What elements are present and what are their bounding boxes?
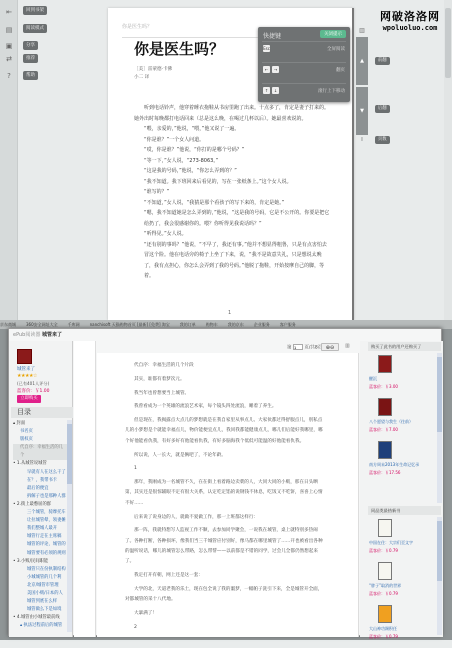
next-page-button[interactable]: ▼ xyxy=(356,87,368,135)
page-input[interactable] xyxy=(293,344,303,350)
prev-page-button[interactable]: ▲ xyxy=(356,37,368,85)
toc-item[interactable]: 城管行走在主席稿 xyxy=(13,533,67,541)
right-arrow-key-icon: → xyxy=(272,66,279,73)
paragraph: 那一阵，我就特想写人监视工作不顺，去参加同学聚会，一说我在城管，桌上就特别多热闹… xyxy=(125,526,325,567)
book-cover[interactable] xyxy=(378,355,392,373)
paragraph: 但是现在，我揭露点大点儿的梦想就是在我自家里从事点儿、大家伙都过得舒服点儿，别私… xyxy=(125,416,325,447)
shortcut-row-scroll: ↑↓ 滚行上下移动 xyxy=(262,83,346,97)
book-item[interactable]: 中国在住：大宗们至文字蓝客价：￥0.79 xyxy=(368,519,434,562)
toc-item[interactable]: 拆解子也是那种人群 xyxy=(13,493,67,501)
author: ［美］雷蒙德·卡佛 xyxy=(134,66,172,72)
book-price: 蓝客价：￥0.79 xyxy=(369,548,398,554)
camera-icon[interactable]: ▣ xyxy=(3,41,15,51)
also-bought-list: 醒沉蓝客价：￥3.00八个愿望与我生（往前）蓝客价：￥7.00南方周末2013年… xyxy=(368,355,434,484)
reading-mode-icon[interactable]: ▤ xyxy=(3,25,15,35)
web-reader-screenshot: ⇤ ▤ ▣ ⇄ ? 回到书架 阅读模式 分享 推荐 帮助 你是医生吗？ 你是医生… xyxy=(0,0,452,320)
toc-item[interactable]: 让拉城管晕，领妻摊 xyxy=(13,517,67,525)
paragraph: “喂，亲爱的，”他说，“喂，”他又说了一遍。 xyxy=(134,124,330,135)
book-cover[interactable] xyxy=(378,398,392,416)
also-bought-scrollbar[interactable] xyxy=(437,353,442,503)
watermark: 网破洛洛网 wpoluoluo.com xyxy=(372,8,448,32)
book-price: 蓝客价：￥1.00 xyxy=(17,388,50,394)
book-item[interactable]: 大山神功踢积任蓝客价：￥0.79 xyxy=(368,605,434,640)
toc-item[interactable]: 代自序：幸福生活的几个 xyxy=(13,444,67,460)
reader-content: 代自序：幸福生活的几个片段其实，谁都有着梦次元。我当年也曾想要当上城管。我曾看成… xyxy=(125,361,325,637)
scroll-thumb[interactable] xyxy=(67,424,72,484)
window-title: ePub阅读器 城管来了 xyxy=(13,331,62,338)
book-price: 蓝客价：￥0.79 xyxy=(369,591,398,597)
toc-item[interactable]: • 3.小贩/民间职能 xyxy=(13,558,67,566)
buy-button[interactable]: 立即购买 xyxy=(17,395,41,403)
book-price: 蓝客价：￥17.56 xyxy=(369,470,400,476)
epub-app-screenshot: 京东商城360安全网址大全千库网nanchisoft 天猫购物首页 [最新] [… xyxy=(0,320,452,640)
paragraph: 所以说，人一长大，就是俩吧了，不论年龄。 xyxy=(125,451,325,461)
shortcut-desc: 全屏阅读 xyxy=(327,46,345,52)
hot-new-scrollbar[interactable] xyxy=(437,517,442,635)
translator: 小二 译 xyxy=(134,74,149,80)
tooltip-next: 后翻 xyxy=(375,105,390,113)
toc-icon[interactable]: ▥ xyxy=(356,27,368,35)
reader-toolbar: 第 页/共8页 ⊕⊖ ▥ xyxy=(97,341,359,353)
toc-item[interactable]: • 4.城管由小城管最前线 xyxy=(13,614,67,622)
paragraph: 那年，我刚成为一名城管不久，在在街上看着路边卖菜的人，大同大同的小贩，那在日头晒… xyxy=(125,478,325,509)
paragraph: 我曾看成为一个英雄的流浪艺术家，每个镜头四处流浪，睡着了养生。 xyxy=(125,402,325,412)
toc-item[interactable]: 三个城管，骑摩托车 xyxy=(13,509,67,517)
page-gutter xyxy=(74,341,96,637)
page-nav: ▥ ▲ ▼ I xyxy=(356,27,368,143)
book-price: 蓝客价：￥7.00 xyxy=(369,427,398,433)
book-cover[interactable] xyxy=(378,605,392,623)
toc-item[interactable]: 书名页 xyxy=(13,428,67,436)
book-cover[interactable] xyxy=(378,441,392,459)
watermark-url: wpoluoluo.com xyxy=(372,24,448,32)
paragraph: 我定打开有朝，网上还是这一套： xyxy=(125,571,325,581)
reader-pane: 第 页/共8页 ⊕⊖ ▥ 代自序：幸福生活的几个片段其实，谁都有着梦次元。我当年… xyxy=(97,341,359,637)
paragraph: “谁写的？” xyxy=(134,187,330,198)
paragraph: “你是谁？”一个女人问道。 xyxy=(134,135,330,146)
page-indicator: 第 页/共8页 xyxy=(287,344,322,351)
toc-item[interactable]: • 1.从城管说城管 xyxy=(13,460,67,468)
tooltip-back-to-shelf: 回到书架 xyxy=(23,6,47,15)
book-cover[interactable] xyxy=(378,519,392,537)
book-title[interactable]: 八个愿望与我生（往前） xyxy=(369,419,413,425)
paragraph: “嗯，我不知道她是怎么弄到的，”他说，“这是我的号码，它是不公开的。你要是把它给… xyxy=(134,208,330,229)
toc-list: ▴ 封面书名页版权页代自序：幸福生活的几个• 1.从城管说城管早就有人在这么干了… xyxy=(13,420,67,632)
toc-item[interactable]: 在？，我带书卡 xyxy=(13,477,67,485)
shortcut-row-page: ←→ 翻页 xyxy=(262,62,346,76)
shortcut-desc: 滚行上下移动 xyxy=(318,88,345,94)
toc-item[interactable]: ▴ 执法过程前后的城管 xyxy=(13,622,67,630)
down-arrow-key-icon: ↓ xyxy=(272,87,279,94)
shortcut-row-fullscreen: Esc 全屏阅读 xyxy=(262,41,346,55)
paragraph: “这是我的号码，”他说，“你怎么弄到的？” xyxy=(134,166,330,177)
book-cover[interactable] xyxy=(378,562,392,580)
left-arrow-key-icon: ← xyxy=(263,66,270,73)
toc-scrollbar[interactable] xyxy=(67,420,72,632)
paragraph: 大学的北，天道老我的乐土，现在包全说了我的噩梦，一幅帕子洗引下来，全是城管开全面… xyxy=(125,585,325,606)
book-cover[interactable] xyxy=(17,349,32,364)
book-title[interactable]: 醒沉 xyxy=(369,376,377,382)
watermark-text: 网破洛洛网 xyxy=(372,8,448,24)
up-arrow-key-icon: ↑ xyxy=(263,87,270,94)
tooltip-prev: 前翻 xyxy=(375,57,390,65)
paragraph: “听得见。”女人说。 xyxy=(134,229,330,240)
tooltip-share: 分享 xyxy=(23,41,38,50)
book-title[interactable]: “胖子”取消的世界 xyxy=(369,583,401,589)
book-item[interactable]: 南方周末2013年生命记忆录蓝客价：￥17.56 xyxy=(368,441,434,484)
paragraph: “还有别的事吗？”他说，“不早了，我还有事。”他并不想显得粗鲁，只是有点害怕去冒… xyxy=(134,240,330,282)
chapter-title: 你是医生吗？ xyxy=(134,38,224,59)
scroll-thumb[interactable] xyxy=(437,357,442,432)
paragraph: “哎，你是谁？”他说，“你打的是哪个号码？” xyxy=(134,145,330,156)
book-item[interactable]: 醒沉蓝客价：￥3.00 xyxy=(368,355,434,398)
paragraph: 1 xyxy=(134,464,325,474)
toc-item[interactable]: 版权页 xyxy=(13,436,67,444)
book-name[interactable]: 城管来了 xyxy=(17,366,35,372)
paragraph: 其实，谁都有着梦次元。 xyxy=(125,375,325,385)
book-item[interactable]: 八个愿望与我生（往前）蓝客价：￥7.00 xyxy=(368,398,434,441)
back-icon[interactable]: ⇤ xyxy=(3,7,15,17)
toc-item[interactable]: ▴ 封面 xyxy=(13,420,67,428)
zoom-buttons[interactable]: ⊕⊖ xyxy=(321,343,339,351)
help-icon[interactable]: ? xyxy=(3,71,15,81)
esc-key-icon: Esc xyxy=(263,45,270,52)
toc-item[interactable]: 小城城管的几个利 xyxy=(13,574,67,582)
right-panel: 购买了此书的用户还购买了 醒沉蓝客价：￥3.00八个愿望与我生（往前）蓝客价：￥… xyxy=(360,341,443,637)
book-title[interactable]: 中国在住：大宗们至文字 xyxy=(369,540,413,546)
toc-heading: 目录 xyxy=(11,407,73,418)
breadcrumb: 你是医生吗？ xyxy=(122,23,152,30)
book-price: 蓝客价：￥0.79 xyxy=(369,634,398,640)
paragraph: 我当年也曾想要当上城管。 xyxy=(125,389,325,399)
tooltip-pages: 页数 xyxy=(375,136,390,144)
book-item[interactable]: “胖子”取消的世界蓝客价：￥0.79 xyxy=(368,562,434,605)
book-title[interactable]: 南方周末2013年生命记忆录 xyxy=(369,462,419,468)
vertical-scrollbar[interactable] xyxy=(444,0,452,320)
toc-item[interactable]: 城管的评论，城管的 xyxy=(13,541,67,549)
left-panel: 城管来了 ★★★★☆ (已有401人评分) 蓝客价：￥1.00 立即购买 目录 … xyxy=(9,341,73,637)
book-price: 蓝客价：￥3.00 xyxy=(369,384,398,390)
also-bought-heading: 购买了此书的用户还购买了 xyxy=(368,342,441,351)
chapter-body: 听到电话铃声，他穿着睡衣拖鞋从书房里跑了出来。十点多了，肯定是妻子打来的。她外出… xyxy=(134,103,330,282)
toc-item[interactable]: 北京/城管市管理 xyxy=(13,582,67,590)
paragraph: “我不知道。我下班回来后看见的，写在一张纸条上。”这个女人说。 xyxy=(134,177,330,188)
toc-item[interactable]: 美国小贩/日本的人 xyxy=(13,590,67,598)
tooltip-help: 帮助 xyxy=(23,71,38,80)
toc-item[interactable]: 最后的便宜 xyxy=(13,485,67,493)
paragraph: “等一下，”女人说，“273-8063。” xyxy=(134,156,330,167)
paragraph: 2 xyxy=(134,623,325,633)
swap-icon[interactable]: ⇄ xyxy=(3,54,15,64)
toc-item[interactable]: 城管做么下是如境 xyxy=(13,606,67,614)
shortcut-desc: 翻页 xyxy=(336,67,345,73)
layout-icon[interactable]: ▥ xyxy=(345,343,350,349)
rating-count: (已有401人评分) xyxy=(17,381,49,387)
tooltip-reading-mode: 阅读模式 xyxy=(23,24,47,33)
toc-item[interactable]: 我们整城人最开 xyxy=(13,525,67,533)
left-toolbar: ⇤ ▤ ▣ ⇄ ? xyxy=(0,0,18,320)
shortcut-title: 快捷键 xyxy=(263,31,281,40)
close-tips-button[interactable]: 关闭提示 xyxy=(320,30,346,38)
page-number: 1 xyxy=(228,310,231,316)
rating-stars: ★★★★☆ xyxy=(17,373,37,379)
paragraph: 大暴满了！ xyxy=(125,609,325,619)
paragraph: 后来说了说身边的人，就做不爱做工作，那一上班都这样行： xyxy=(125,513,325,523)
page-count-icon[interactable]: I xyxy=(356,137,368,145)
shortcut-panel: 快捷键 关闭提示 Esc 全屏阅读 ←→ 翻页 ↑↓ 滚行上下移动 xyxy=(258,27,350,102)
hot-new-heading: 同品类最热新书 xyxy=(368,506,441,515)
toc-item[interactable]: 早就有人在这么干了 xyxy=(13,469,67,477)
book-title[interactable]: 大山神功踢积任 xyxy=(369,626,397,632)
paragraph: 听到电话铃声，他穿着睡衣拖鞋从书房里跑了出来。十点多了，肯定是妻子打来的。她外出… xyxy=(134,103,330,124)
paragraph: 代自序：幸福生活的几个片段 xyxy=(125,361,325,371)
toc-item[interactable]: • 2.街上最憋屈的群 xyxy=(13,501,67,509)
hot-new-list: 中国在住：大宗们至文字蓝客价：￥0.79“胖子”取消的世界蓝客价：￥0.79大山… xyxy=(368,519,434,640)
toc-item[interactable]: 城管到底在么样 xyxy=(13,598,67,606)
toc-item[interactable]: 城管只在份执制结构 xyxy=(13,566,67,574)
paragraph: “不知道，”女人说，“我猜是那个看孩子的写下来的，肯定是她。” xyxy=(134,198,330,209)
tooltip-recommend: 推荐 xyxy=(23,54,38,63)
epub-reader-window: ePub阅读器 城管来了 城管来了 ★★★★☆ (已有401人评分) 蓝客价：￥… xyxy=(8,328,442,636)
toc-item[interactable]: 城管要有必须的规则 xyxy=(13,550,67,558)
scroll-thumb[interactable] xyxy=(437,521,442,581)
